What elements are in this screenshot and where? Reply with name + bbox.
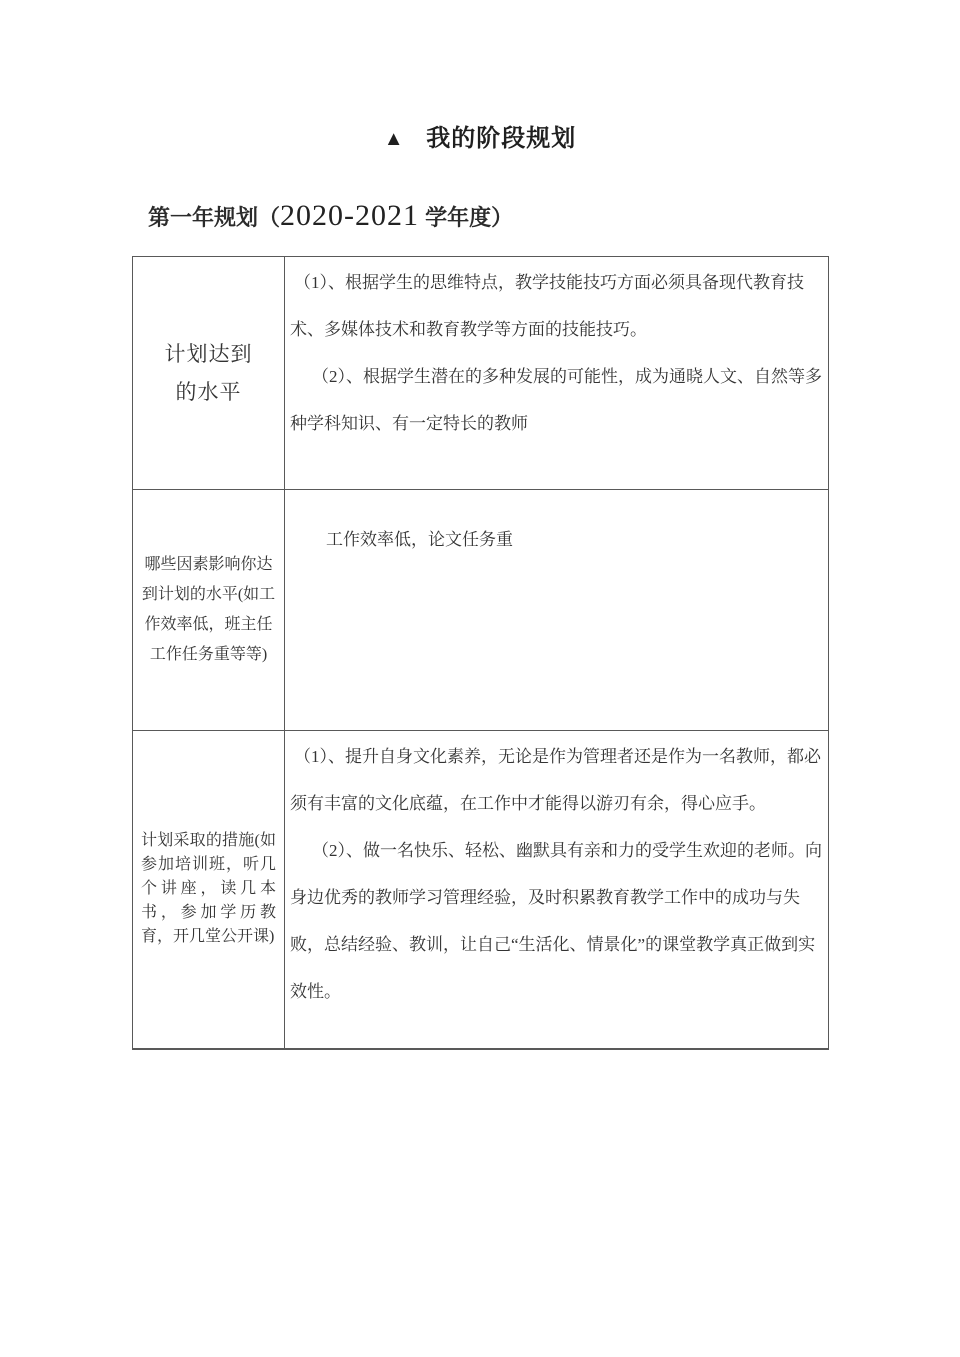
- paragraph: （1）、提升自身文化素养，无论是作为管理者还是作为一名教师，都必须有丰富的文化底…: [290, 733, 823, 827]
- row-label-text: 哪些因素影响你达到计划的水平(如工作效率低，班主任工作任务重等等): [141, 550, 276, 670]
- page-title: ▲ 我的阶段规划: [0, 0, 960, 155]
- table-row-影响因素: 哪些因素影响你达到计划的水平(如工作效率低，班主任工作任务重等等) 工作效率低，…: [133, 490, 829, 731]
- row-label-text: 计划采取的措施(如参加培训班，听几个讲座，读几本书，参加学历教育，开几堂公开课): [141, 829, 276, 949]
- row-label-cell-measures: 计划采取的措施(如参加培训班，听几个讲座，读几本书，参加学历教育，开几堂公开课): [133, 731, 285, 1049]
- section-heading-suffix: 学年度）: [419, 205, 513, 230]
- table-row-measures: 计划采取的措施(如参加培训班，听几个讲座，读几本书，参加学历教育，开几堂公开课)…: [133, 731, 829, 1049]
- section-heading-years: 2020-2021: [280, 199, 419, 232]
- row-content-cell-measures: （1）、提升自身文化素养，无论是作为管理者还是作为一名教师，都必须有丰富的文化底…: [285, 731, 829, 1049]
- paragraph: 工作效率低，论文任务重: [290, 492, 823, 563]
- row-label-cell-goal-level: 计划达到 的水平: [133, 257, 285, 490]
- section-heading: 第一年规划（2020-2021 学年度）: [148, 199, 960, 235]
- triangle-icon: ▲: [384, 128, 405, 150]
- row-label-cell-factors: 哪些因素影响你达到计划的水平(如工作效率低，班主任工作任务重等等): [133, 490, 285, 731]
- document-page: ▲ 我的阶段规划 第一年规划（2020-2021 学年度） 计划达到 的水平 （…: [0, 0, 960, 1357]
- plan-table: 计划达到 的水平 （1）、根据学生的思维特点，教学技能技巧方面必须具备现代教育技…: [132, 256, 829, 1050]
- paragraph: （2）、根据学生潜在的多种发展的可能性，成为通晓人文、自然等多种学科知识、有一定…: [290, 353, 823, 447]
- row-content-cell-goal-level: （1）、根据学生的思维特点，教学技能技巧方面必须具备现代教育技术、多媒体技术和教…: [285, 257, 829, 490]
- paragraph: （1）、根据学生的思维特点，教学技能技巧方面必须具备现代教育技术、多媒体技术和教…: [290, 259, 823, 353]
- table-row-goal-level: 计划达到 的水平 （1）、根据学生的思维特点，教学技能技巧方面必须具备现代教育技…: [133, 257, 829, 490]
- row-label-line: 的水平: [141, 373, 276, 411]
- page-title-text: 我的阶段规划: [426, 125, 576, 152]
- row-content-cell-factors: 工作效率低，论文任务重: [285, 490, 829, 731]
- row-label-line: 计划达到: [141, 335, 276, 373]
- paragraph: （2）、做一名快乐、轻松、幽默具有亲和力的受学生欢迎的老师。向身边优秀的教师学习…: [290, 827, 823, 1015]
- section-heading-prefix: 第一年规划（: [148, 205, 280, 230]
